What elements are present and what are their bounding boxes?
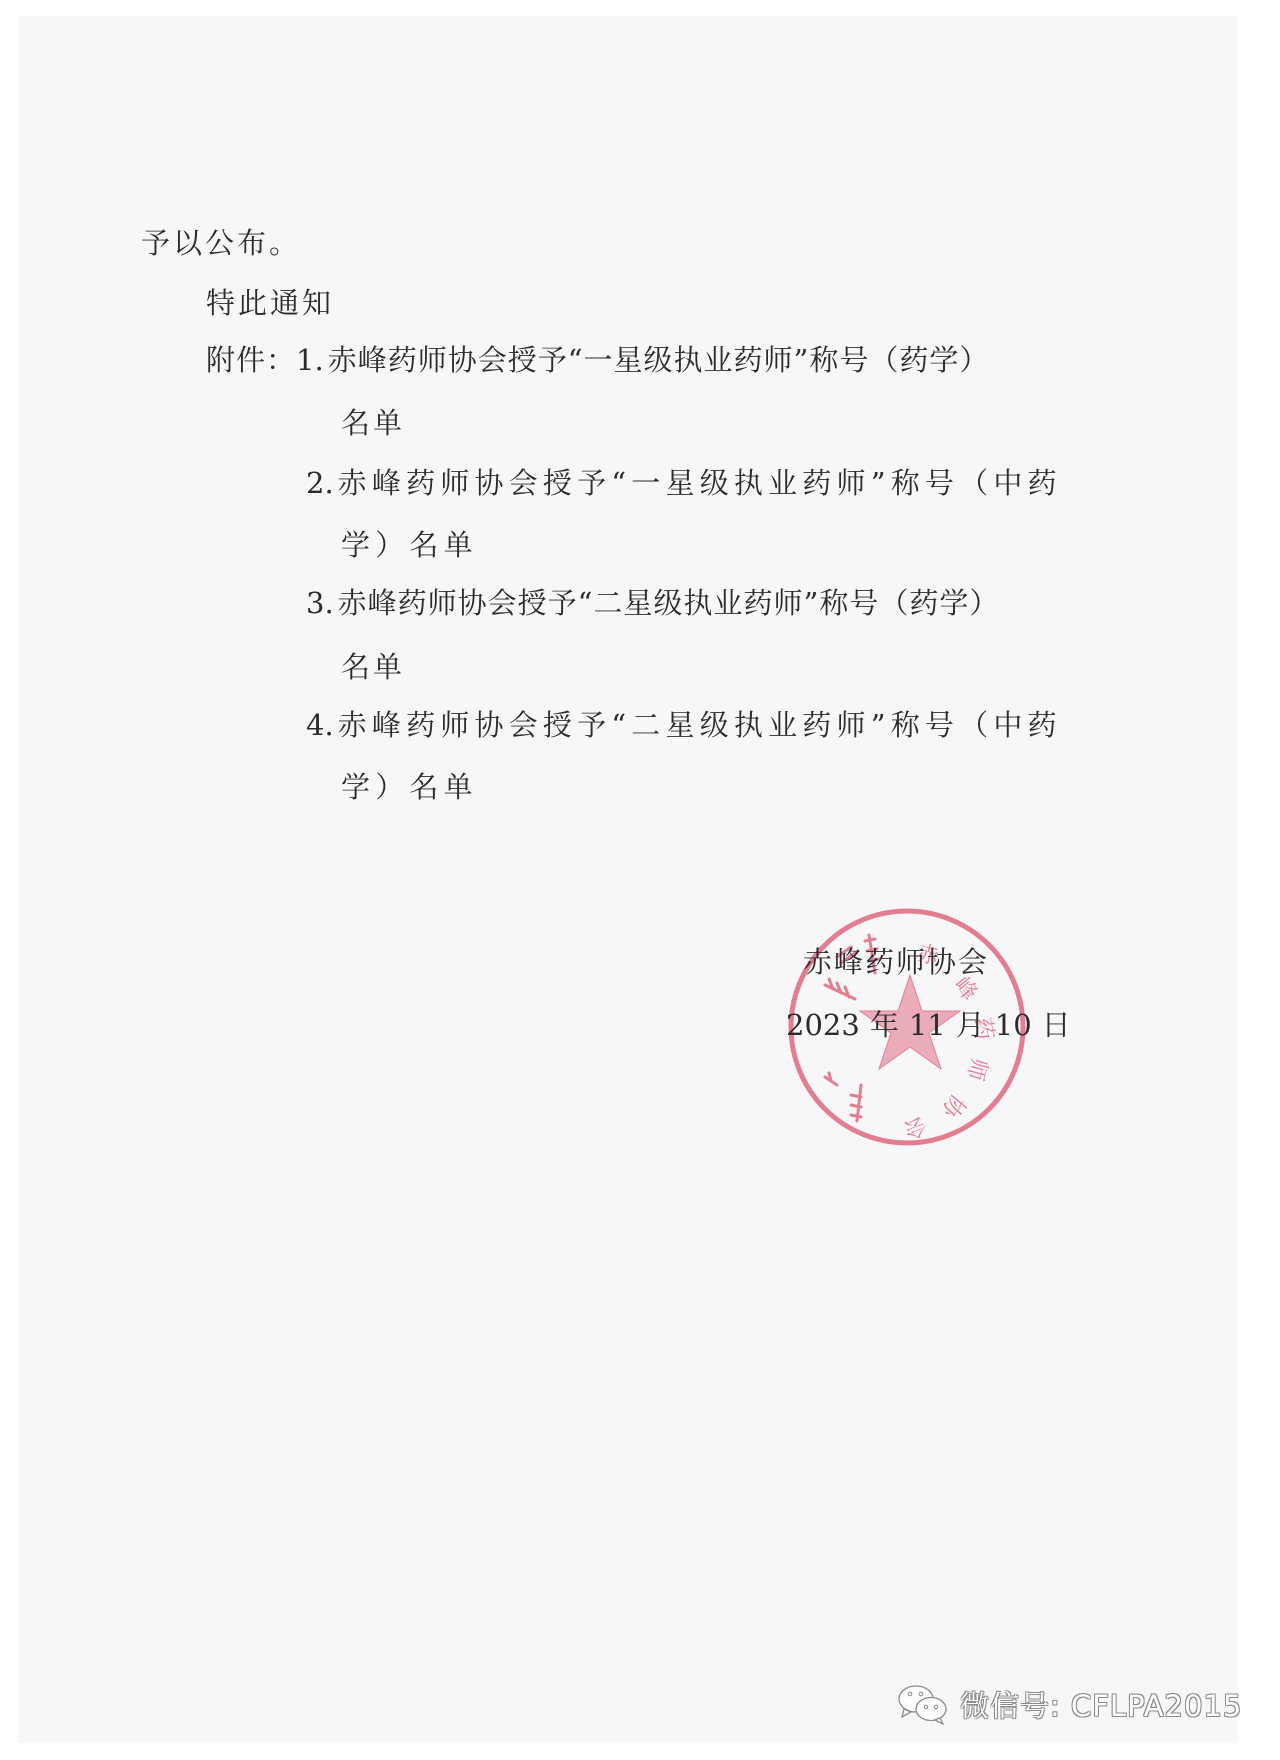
attachment-item-2-continuation: 学）名单 xyxy=(341,525,478,565)
attachment-number: 3. xyxy=(306,583,334,623)
attachment-item-3: 3.赤峰药师协会授予“二星级执业药师”称号（药学） xyxy=(306,583,999,623)
notice-closing: 特此通知 xyxy=(206,283,334,323)
attachment-number: 2. xyxy=(306,463,334,503)
date-day: 10 xyxy=(995,1008,1032,1042)
attachment-title: 赤峰药师协会授予“二星级执业药师”称号（中药 xyxy=(338,708,1062,742)
date-year-unit: 年 xyxy=(870,1008,899,1042)
attachment-title: 赤峰药师协会授予“二星级执业药师”称号（药学） xyxy=(338,586,1000,620)
wechat-watermark: 微信号: CFLPA2015 xyxy=(896,1682,1242,1726)
attachment-item-2: 2.赤峰药师协会授予“一星级执业药师”称号（中药 xyxy=(306,463,1062,503)
date-month-unit: 月 xyxy=(956,1008,985,1042)
wechat-id-text: 微信号: CFLPA2015 xyxy=(960,1684,1242,1725)
attachment-number: 4. xyxy=(306,705,334,745)
attachment-title: 赤峰药师协会授予“一星级执业药师”称号（药学） xyxy=(328,343,990,377)
attachment-item-3-continuation: 名单 xyxy=(341,647,405,687)
attachments-label: 附件： xyxy=(206,343,296,377)
signature-organization: 赤峰药师协会 xyxy=(803,942,989,982)
attachment-item-4-continuation: 学）名单 xyxy=(341,767,478,807)
attachment-item-4: 4.赤峰药师协会授予“二星级执业药师”称号（中药 xyxy=(306,705,1062,745)
attachment-number: 1. xyxy=(296,340,324,380)
date-year: 2023 xyxy=(786,1008,860,1042)
date-day-unit: 日 xyxy=(1042,1008,1071,1042)
signature-date: 2023年11月10日 xyxy=(786,1005,1071,1045)
attachment-item-1-continuation: 名单 xyxy=(341,403,405,443)
svg-text:协: 协 xyxy=(936,1089,970,1123)
svg-text:师: 师 xyxy=(962,1055,992,1083)
svg-text:会: 会 xyxy=(900,1111,929,1142)
attachment-item-1: 附件：1.赤峰药师协会授予“一星级执业药师”称号（药学） xyxy=(206,340,989,380)
publish-sentence-end: 予以公布。 xyxy=(141,223,301,263)
attachment-title: 赤峰药师协会授予“一星级执业药师”称号（中药 xyxy=(338,466,1062,500)
scanned-page xyxy=(18,16,1238,1743)
wechat-icon xyxy=(896,1683,950,1725)
date-month: 11 xyxy=(909,1008,946,1042)
